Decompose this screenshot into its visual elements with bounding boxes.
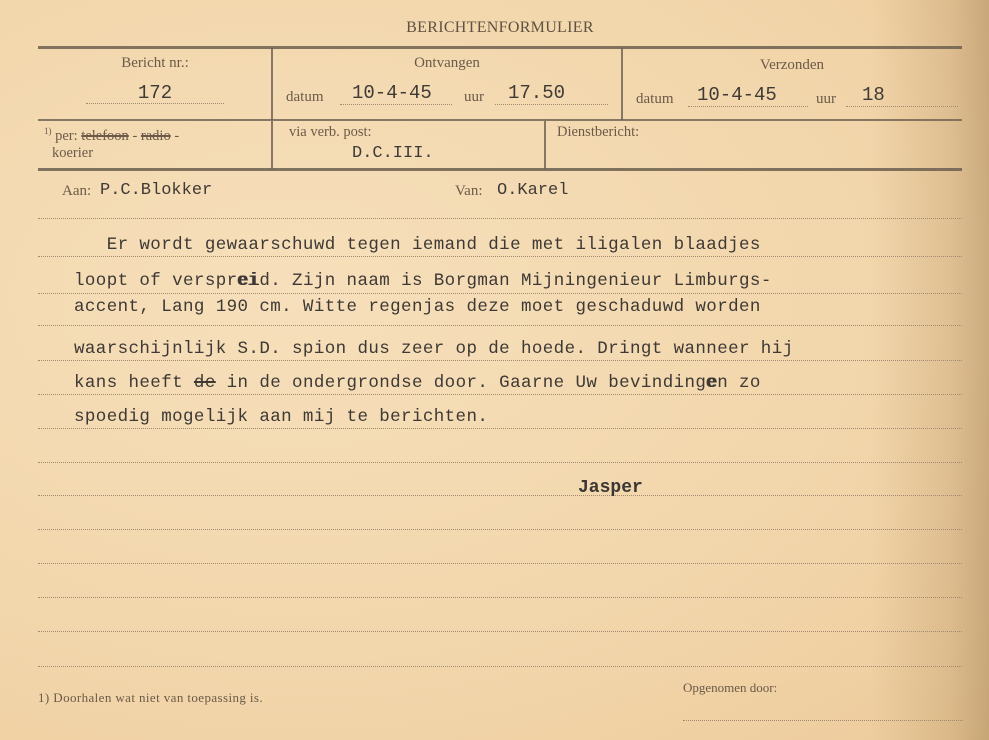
signature: Jasper — [578, 478, 643, 498]
verzonden-uur-field[interactable]: 18 — [862, 84, 885, 106]
dotted-line — [38, 563, 962, 564]
dotted-line — [38, 293, 962, 294]
form-title: BERICHTENFORMULIER — [0, 19, 989, 37]
message-line: waarschijnlijk S.D. spion dus zeer op de… — [74, 339, 794, 359]
dienstbericht-label: Dienstbericht: — [557, 124, 639, 141]
message-text: waarschijnlijk S.D. spion dus zeer op de… — [74, 339, 794, 359]
message-text: n zo — [717, 373, 761, 393]
ontvangen-datum-dotted-line — [340, 104, 452, 105]
dotted-line — [38, 666, 962, 667]
divider — [271, 121, 273, 169]
verzonden-datum-label: datum — [636, 91, 674, 108]
dotted-line — [38, 495, 962, 496]
dotted-line — [38, 218, 962, 219]
top-rule — [38, 46, 962, 49]
verzonden-heading: Verzonden — [622, 57, 962, 74]
dotted-line — [38, 428, 962, 429]
message-text: Er wordt gewaarschuwd tegen iemand die m… — [74, 235, 761, 255]
struck-text: de — [194, 373, 216, 393]
dotted-line — [38, 360, 962, 361]
message-text: loopt of verspr — [74, 271, 238, 291]
dotted-line — [38, 394, 962, 395]
dienstbericht-field[interactable] — [548, 142, 958, 166]
dotted-line — [38, 462, 962, 463]
per-option-radio: radio — [141, 128, 171, 144]
ontvangen-uur-label: uur — [464, 89, 484, 106]
per-option-koerier: koerier — [44, 145, 93, 161]
verzonden-datum-field[interactable]: 10-4-45 — [697, 84, 777, 106]
ontvangen-uur-field[interactable]: 17.50 — [508, 82, 565, 104]
dotted-line — [38, 529, 962, 530]
overtyped-text: ei — [238, 271, 260, 291]
per-separator: - — [174, 128, 179, 144]
verzonden-uur-label: uur — [816, 91, 836, 108]
message-line: loopt of verspreid. Zijn naam is Borgman… — [74, 271, 772, 291]
dotted-line — [38, 631, 962, 632]
middle-rule — [38, 119, 962, 121]
dotted-line — [38, 256, 962, 257]
message-line: kans heeft de in de ondergrondse door. G… — [74, 373, 761, 393]
message-line: spoedig mogelijk aan mij te berichten. — [74, 407, 488, 427]
opgenomen-door-label: Opgenomen door: — [683, 680, 777, 696]
ontvangen-datum-label: datum — [286, 89, 324, 106]
ontvangen-heading: Ontvangen — [272, 55, 622, 72]
per-label: per: — [55, 128, 78, 144]
van-label: Van: — [455, 183, 483, 200]
ontvangen-datum-field[interactable]: 10-4-45 — [352, 82, 432, 104]
via-verb-post-field[interactable]: D.C.III. — [352, 144, 434, 163]
message-text: d. Zijn naam is Borgman Mijningenieur Li… — [259, 271, 771, 291]
overtyped-text: e — [706, 373, 717, 393]
bottom-rule — [38, 168, 962, 171]
message-text: in de ondergrondse door. Gaarne Uw bevin… — [216, 373, 707, 393]
aan-label: Aan: — [62, 183, 91, 200]
via-verb-post-label: via verb. post: — [289, 124, 372, 141]
message-text: accent, Lang 190 cm. Witte regenjas deze… — [74, 297, 761, 317]
bericht-nr-field[interactable]: 172 — [38, 82, 272, 104]
per-separator: - — [132, 128, 137, 144]
aan-field[interactable]: P.C.Blokker — [100, 181, 212, 200]
verzonden-uur-dotted-line — [846, 106, 958, 107]
message-text: spoedig mogelijk aan mij te berichten. — [74, 407, 488, 427]
message-line: accent, Lang 190 cm. Witte regenjas deze… — [74, 297, 761, 317]
dotted-line — [38, 597, 962, 598]
message-text: kans heeft — [74, 373, 194, 393]
per-option-telefoon: telefoon — [81, 128, 129, 144]
ontvangen-uur-dotted-line — [495, 104, 608, 105]
footnote-marker: 1) — [44, 126, 52, 136]
per-field[interactable]: 1) per: telefoon - radio - koerier — [44, 123, 179, 162]
divider — [544, 121, 546, 169]
opgenomen-door-field[interactable] — [683, 720, 963, 721]
dotted-line — [38, 325, 962, 326]
bericht-nr-label: Bericht nr.: — [38, 55, 272, 72]
van-field[interactable]: O.Karel — [497, 181, 568, 200]
message-line: Er wordt gewaarschuwd tegen iemand die m… — [74, 235, 761, 255]
verzonden-datum-dotted-line — [688, 106, 808, 107]
footnote: 1) Doorhalen wat niet van toepassing is. — [38, 690, 263, 706]
